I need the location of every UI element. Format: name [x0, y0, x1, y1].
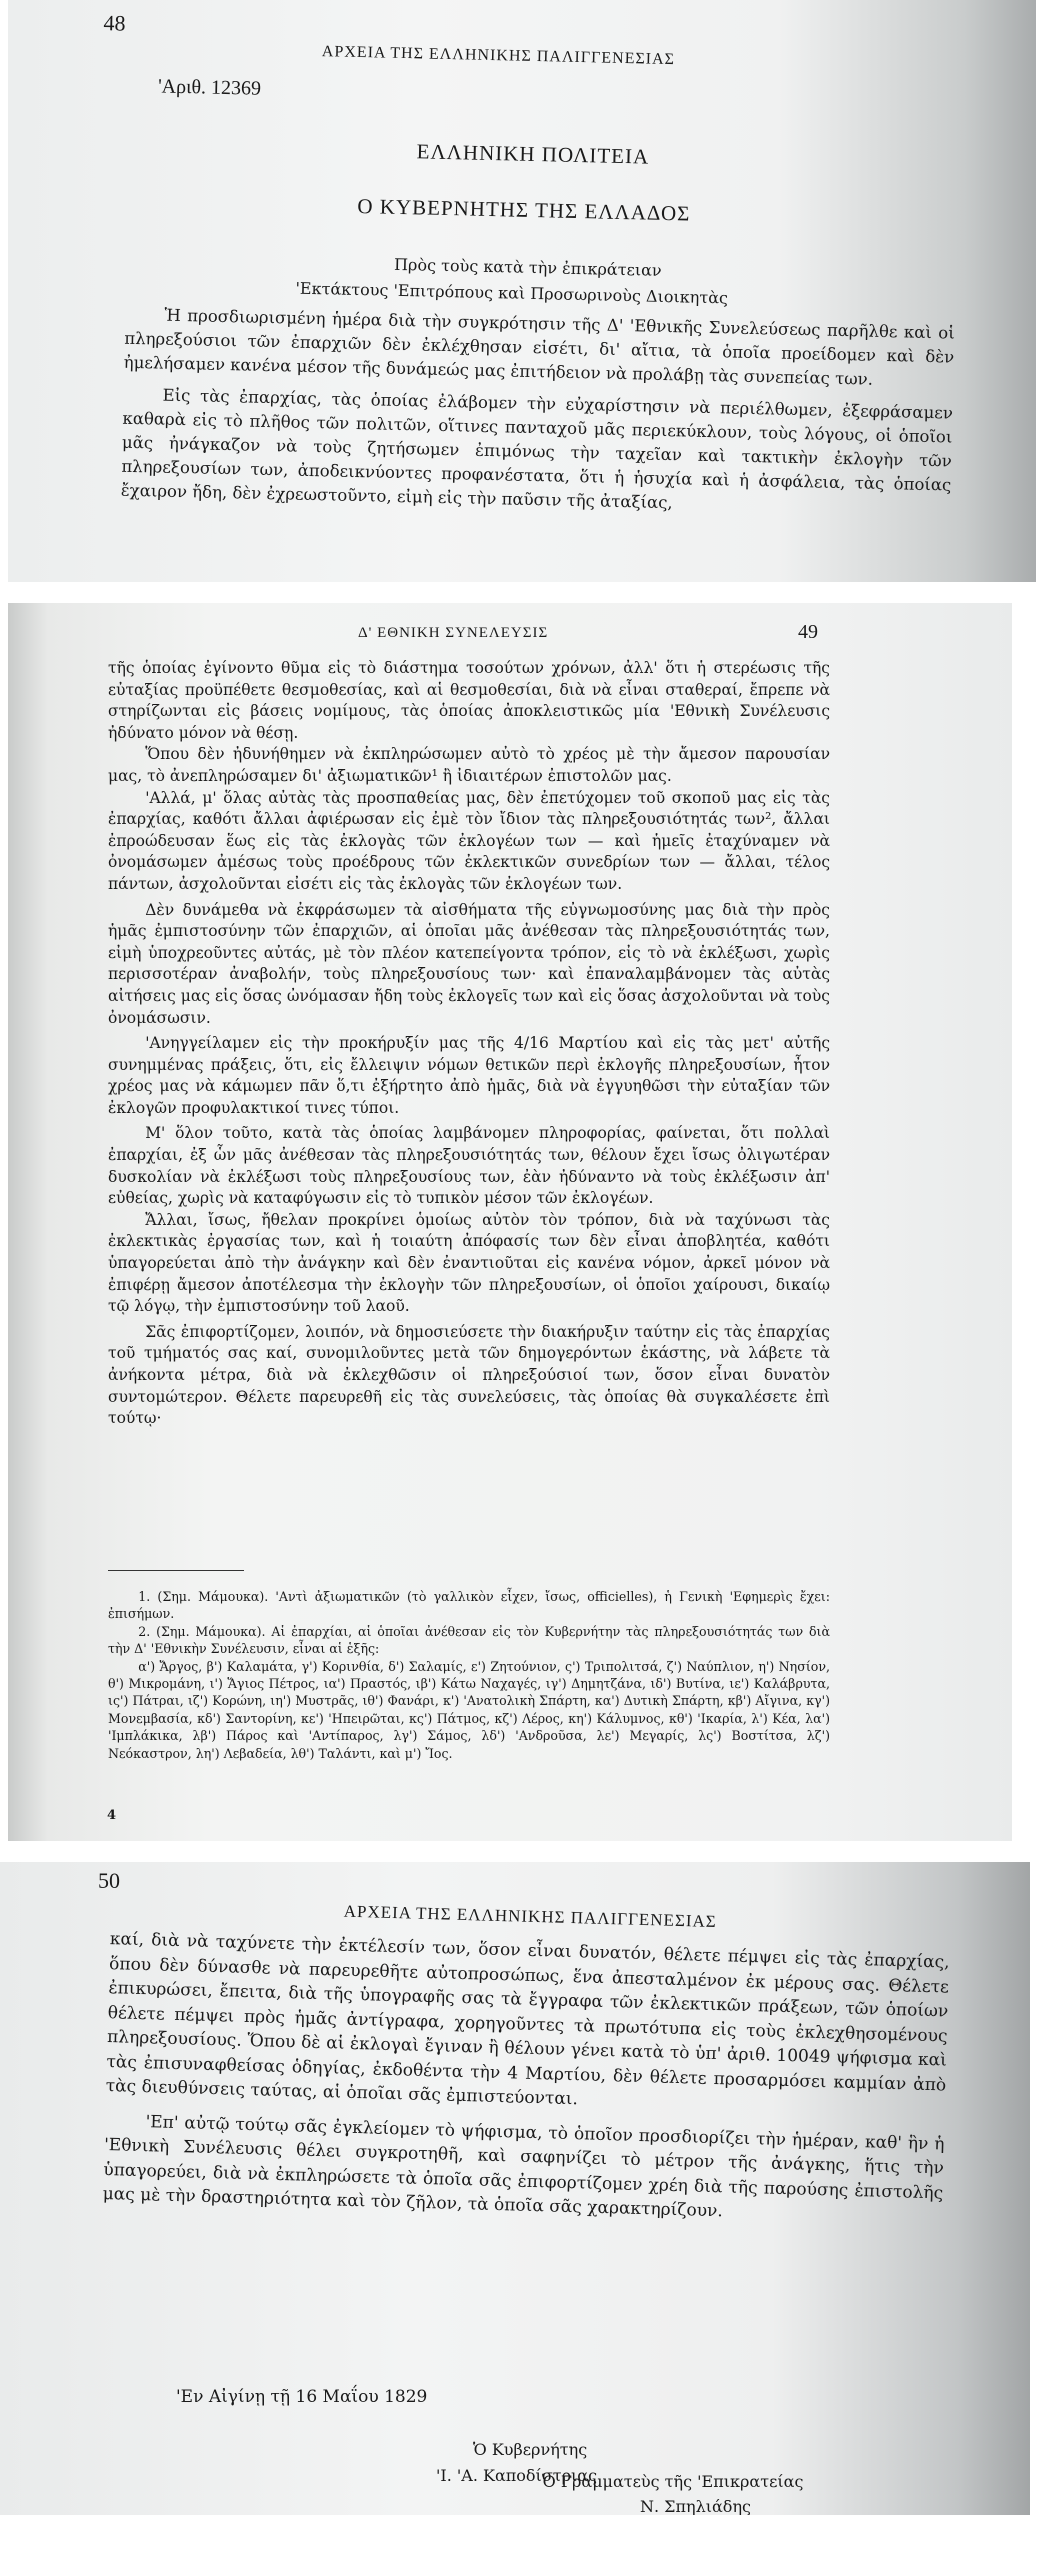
footnote: 2. (Σημ. Μάμουκα). Αἱ ἐπαρχίαι, αἱ ὁποῖα… [108, 1623, 830, 1658]
footnote: 1. (Σημ. Μάμουκα). 'Αντὶ ἀξιωματικῶν (τὸ… [108, 1588, 830, 1623]
running-head: ΑΡΧΕΙΑ ΤΗΣ ΕΛΛΗΝΙΚΗΣ ΠΑΛΙΓΓΕΝΕΣΙΑΣ [343, 1902, 716, 1932]
place-date: 'Εν Αἰγίνῃ τῇ 16 Μαΐου 1829 [176, 2387, 427, 2407]
paragraph: Σᾶς ἐπιφορτίζομεν, λοιπόν, νὰ δημοσιεύσε… [108, 1322, 830, 1430]
page-number: 49 [798, 621, 818, 644]
page-50-scan: 50 ΑΡΧΕΙΑ ΤΗΣ ΕΛΛΗΝΙΚΗΣ ΠΑΛΙΓΓΕΝΕΣΙΑΣ κα… [0, 1862, 1030, 2515]
paragraph: Ὅπου δὲν ἠδυνήθημεν νὰ ἐκπληρώσωμεν αὐτὸ… [108, 744, 830, 787]
title-governor: Ο ΚΥΒΕΡΝΗΤΗΣ ΤΗΣ ΕΛΛΑΔΟΣ [357, 194, 691, 227]
paragraph: Μ' ὅλον τοῦτο, κατὰ τὰς ὁποίας λαμβάνομε… [108, 1123, 830, 1209]
body-text: Ἡ προσδιωρισμένη ἡμέρα διὰ τὴν συγκρότησ… [121, 303, 955, 522]
paragraph: καί, διὰ νὰ ταχύνετε τὴν ἐκτέλεσίν των, … [105, 1927, 949, 2122]
signature-secretary-name: Ν. Σπηλιάδης [640, 2497, 751, 2515]
footnote-separator [108, 1570, 244, 1571]
paragraph: Δὲν δυνάμεθα νὰ ἐκφράσωμεν τὰ αἰσθήματα … [108, 900, 830, 1030]
page-48-scan: 48 ΑΡΧΕΙΑ ΤΗΣ ΕΛΛΗΝΙΚΗΣ ΠΑΛΙΓΓΕΝΕΣΙΑΣ 'Α… [8, 0, 1036, 582]
title-state: ΕΛΛΗΝΙΚΗ ΠΟΛΙΤΕΙΑ [416, 139, 649, 169]
running-head: Δ' ΕΘΝΙΚΗ ΣΥΝΕΛΕΥΣΙΣ [358, 625, 548, 642]
paragraph: τῆς ὁποίας ἐγίνοντο θῦμα εἰς τὸ διάστημα… [108, 658, 830, 744]
page-number: 48 [103, 10, 126, 36]
signature-secretary-title: Ὁ Γραμματεὺς τῆς 'Επικρατείας [542, 2472, 803, 2491]
paragraph: 'Αλλά, μ' ὅλας αὐτὰς τὰς προσπαθείας μας… [108, 788, 830, 896]
footnote-province-list: α') Ἄργος, β') Καλαμάτα, γ') Κορινθία, δ… [108, 1658, 830, 1762]
address-line-2: 'Εκτάκτους 'Επιτρόπους καὶ Προσωρινοὺς Δ… [295, 279, 728, 308]
body-text: τῆς ὁποίας ἐγίνοντο θῦμα εἰς τὸ διάστημα… [108, 658, 830, 1430]
page-49-scan: Δ' ΕΘΝΙΚΗ ΣΥΝΕΛΕΥΣΙΣ 49 τῆς ὁποίας ἐγίνο… [8, 603, 1012, 1841]
address-line-1: Πρὸς τοὺς κατὰ τὴν ἐπικράτειαν [394, 255, 662, 280]
signature-governor-title: Ὁ Κυβερνήτης [473, 2440, 587, 2459]
paragraph: Εἰς τὰς ἐπαρχίας, τὰς ὁποίας ἐλάβομεν τὴ… [121, 383, 954, 522]
paragraph: 'Επ' αὐτῷ τούτῳ σᾶς ἐγκλείομεν τὸ ψήφισμ… [102, 2109, 944, 2230]
running-head: ΑΡΧΕΙΑ ΤΗΣ ΕΛΛΗΝΙΚΗΣ ΠΑΛΙΓΓΕΝΕΣΙΑΣ [322, 43, 675, 69]
document-number: 'Αριθ. 12369 [158, 75, 261, 100]
paragraph: Ἡ προσδιωρισμένη ἡμέρα διὰ τὴν συγκρότησ… [124, 303, 955, 394]
paragraph: 'Ανηγγείλαμεν εἰς τὴν προκήρυξίν μας τῆς… [108, 1033, 830, 1119]
signature-mark: 4 [107, 1808, 116, 1823]
paragraph: Ἄλλαι, ἴσως, ἤθελαν προκρίνει ὁμοίως αὐτ… [108, 1210, 830, 1318]
body-text: καί, διὰ νὰ ταχύνετε τὴν ἐκτέλεσίν των, … [102, 1927, 949, 2230]
footnotes: 1. (Σημ. Μάμουκα). 'Αντὶ ἀξιωματικῶν (τὸ… [108, 1588, 830, 1762]
